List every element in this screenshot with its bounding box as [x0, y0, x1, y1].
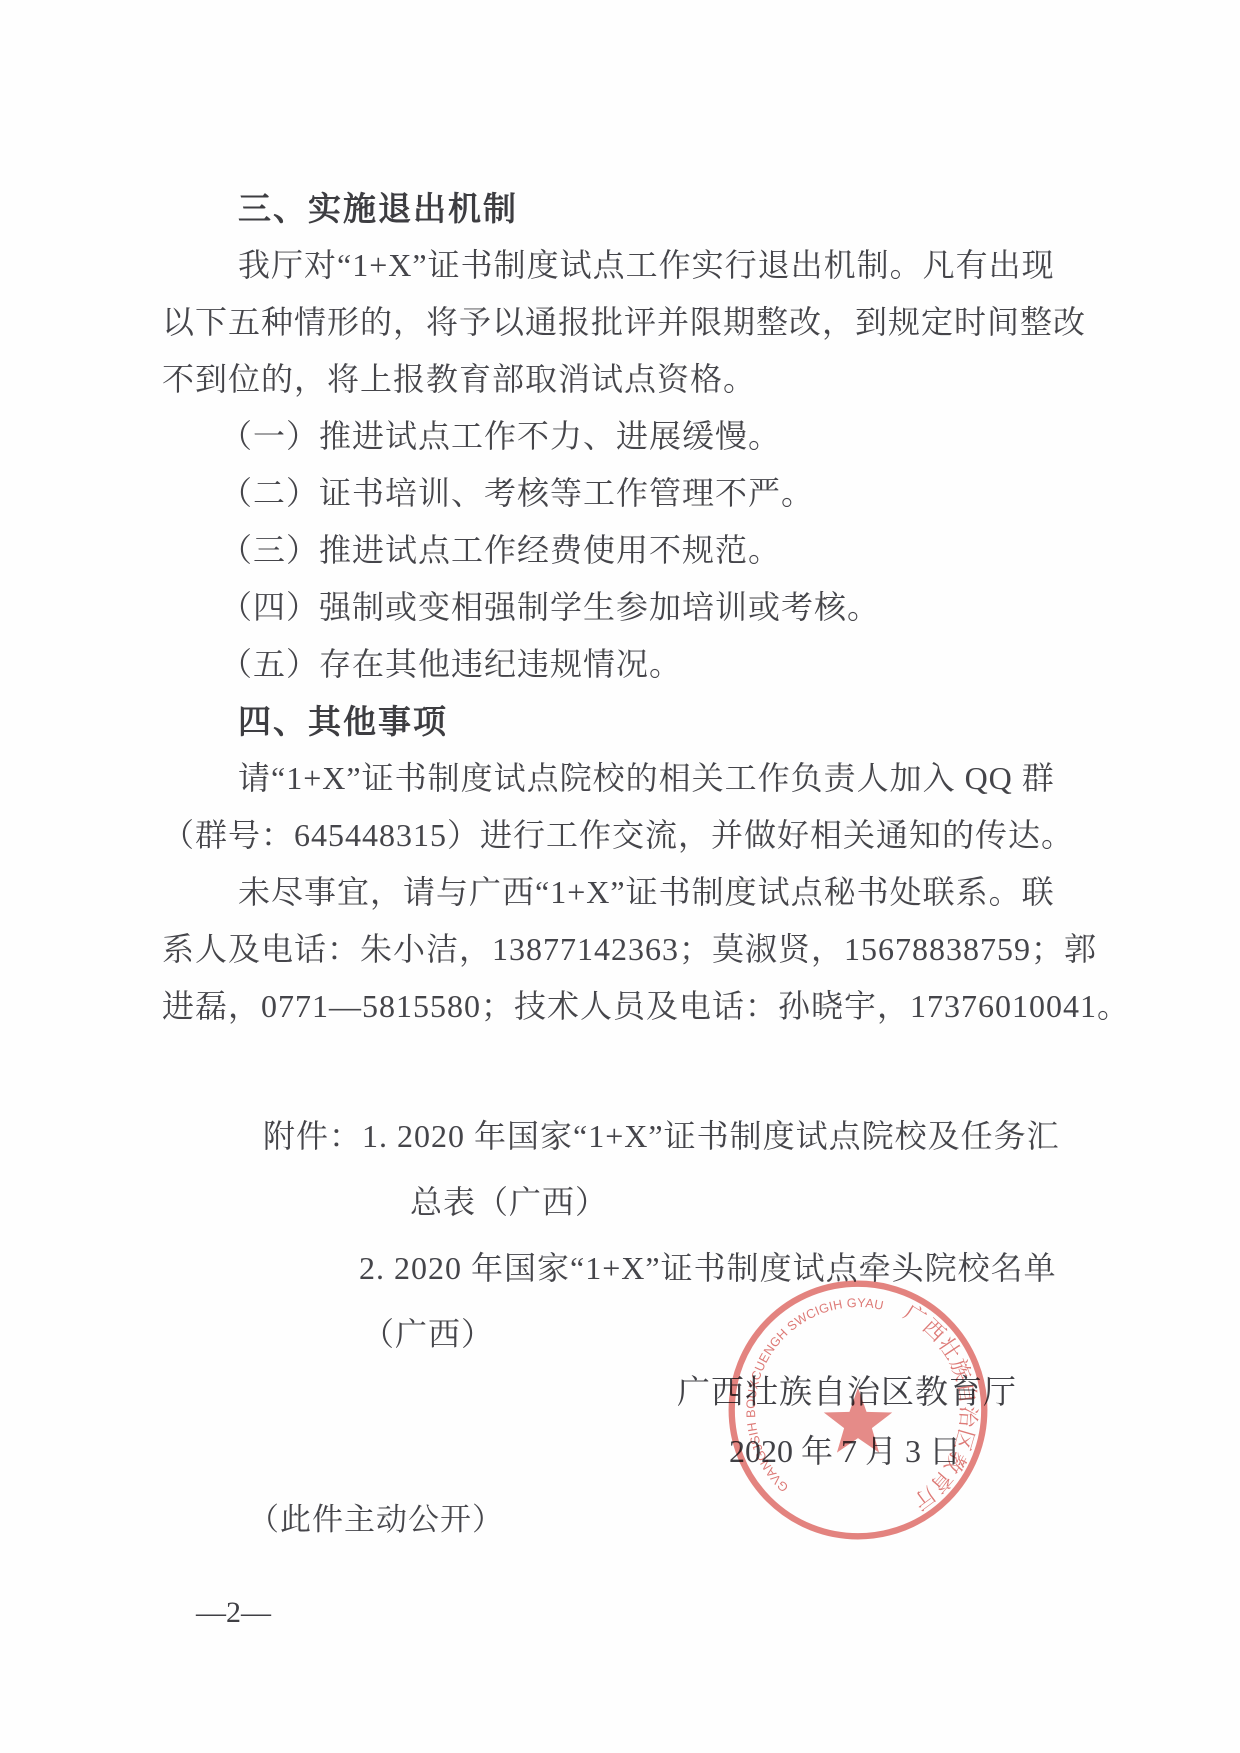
- seal-star: [824, 1388, 892, 1453]
- list-item: （三）推进试点工作经费使用不规范。: [162, 522, 1092, 579]
- seal-ring-text-chinese: 广西壮族自治区教育厅: [900, 1300, 981, 1515]
- paragraph-line: 请“1+X”证书制度试点院校的相关工作负责人加入 QQ 群: [162, 750, 1092, 807]
- paragraph-line: 我厅对“1+X”证书制度试点工作实行退出机制。凡有出现: [162, 237, 1092, 294]
- paragraph-line: （群号：645448315）进行工作交流，并做好相关通知的传达。: [162, 807, 1092, 864]
- list-item: （四）强制或变相强制学生参加培训或考核。: [162, 579, 1092, 636]
- attachment-line: 总表（广西）: [263, 1169, 1060, 1235]
- list-item: （一）推进试点工作不力、进展缓慢。: [162, 408, 1092, 465]
- section-heading: 三、实施退出机制: [162, 180, 1092, 237]
- paragraph-line: 不到位的，将上报教育部取消试点资格。: [162, 351, 1092, 408]
- paragraph-line: 以下五种情形的，将予以通报批评并限期整改，到规定时间整改: [162, 294, 1092, 351]
- seal-graphic: GVANGJSIH BOUXCUENGH SWCIGIH GYAUYUZDING…: [722, 1274, 994, 1546]
- attachment-line: 附件：1. 2020 年国家“1+X”证书制度试点院校及任务汇: [263, 1103, 1060, 1169]
- seal-ring-text-zhuang: GVANGJSIH BOUXCUENGH SWCIGIH GYAUYUZDING…: [722, 1274, 885, 1495]
- list-item: （二）证书培训、考核等工作管理不严。: [162, 465, 1092, 522]
- official-seal: GVANGJSIH BOUXCUENGH SWCIGIH GYAUYUZDING…: [722, 1274, 994, 1546]
- section-heading: 四、其他事项: [162, 693, 1092, 750]
- document-page: 三、实施退出机制 我厅对“1+X”证书制度试点工作实行退出机制。凡有出现 以下五…: [0, 0, 1240, 1753]
- paragraph-line: 系人及电话：朱小洁，13877142363；莫淑贤，15678838759；郭: [162, 921, 1092, 978]
- page-number: —2—: [196, 1596, 271, 1630]
- paragraph-line: 进磊，0771—5815580；技术人员及电话：孙晓宇，17376010041。: [162, 978, 1092, 1035]
- document-body: 三、实施退出机制 我厅对“1+X”证书制度试点工作实行退出机制。凡有出现 以下五…: [162, 180, 1092, 1035]
- paragraph-line: 未尽事宜，请与广西“1+X”证书制度试点秘书处联系。联: [162, 864, 1092, 921]
- disclosure-note: （此件主动公开）: [248, 1494, 504, 1539]
- list-item: （五）存在其他违纪违规情况。: [162, 636, 1092, 693]
